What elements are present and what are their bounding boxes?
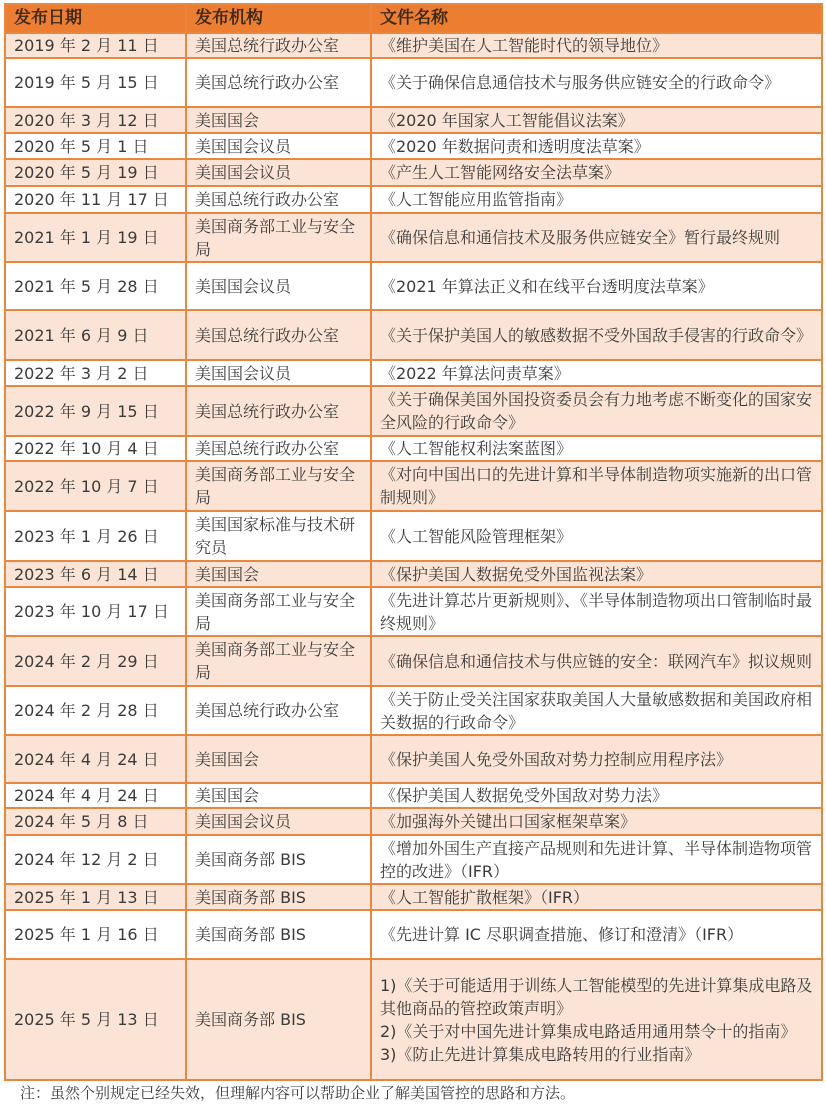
cell-org: 美国国家标准与技术研究员 xyxy=(186,511,371,561)
cell-date: 2022 年 3 月 2 日 xyxy=(5,360,186,386)
title-line: 《关于确保信息通信技术与服务供应链安全的行政命令》 xyxy=(380,71,813,94)
table-row: 2025 年 1 月 13 日美国商务部 BIS《人工智能扩散框架》（IFR） xyxy=(5,884,822,910)
table-row: 2025 年 5 月 13 日美国商务部 BIS1)《关于可能适用于训练人工智能… xyxy=(5,959,822,1080)
cell-date: 2019 年 5 月 15 日 xyxy=(5,58,186,107)
title-line: 《2020 年国家人工智能倡议法案》 xyxy=(380,109,813,132)
title-line: 《关于保护美国人的敏感数据不受外国敌手侵害的行政命令》 xyxy=(380,324,813,347)
table-row: 2023 年 1 月 26 日美国国家标准与技术研究员《人工智能风险管理框架》 xyxy=(5,511,822,561)
cell-org: 美国商务部工业与安全局 xyxy=(186,636,371,686)
cell-title: 1)《关于可能适用于训练人工智能模型的先进计算集成电路及其他商品的管控政策声明》… xyxy=(371,959,822,1080)
title-line: 《保护美国人数据免受外国监视法案》 xyxy=(380,563,813,586)
title-line: 1)《关于可能适用于训练人工智能模型的先进计算集成电路及其他商品的管控政策声明》 xyxy=(380,974,813,1020)
cell-org: 美国国会 xyxy=(186,107,371,133)
cell-date: 2025 年 1 月 16 日 xyxy=(5,910,186,959)
table-row: 2019 年 5 月 15 日美国总统行政办公室《关于确保信息通信技术与服务供应… xyxy=(5,58,822,107)
table-row: 2021 年 1 月 19 日美国商务部工业与安全局《确保信息和通信技术及服务供… xyxy=(5,213,822,262)
title-line: 3)《防止先进计算集成电路转用的行业指南》 xyxy=(380,1043,813,1066)
header-org: 发布机构 xyxy=(186,4,371,33)
cell-date: 2024 年 2 月 29 日 xyxy=(5,636,186,686)
cell-title: 《2020 年数据问责和透明度法草案》 xyxy=(371,133,822,159)
cell-date: 2025 年 5 月 13 日 xyxy=(5,959,186,1080)
cell-title: 《人工智能风险管理框架》 xyxy=(371,511,822,561)
cell-date: 2025 年 1 月 13 日 xyxy=(5,884,186,910)
cell-org: 美国总统行政办公室 xyxy=(186,186,371,213)
regulations-table: 发布日期 发布机构 文件名称 2019 年 2 月 11 日美国总统行政办公室《… xyxy=(4,3,823,1081)
cell-org: 美国国会议员 xyxy=(186,159,371,186)
cell-title: 《先进计算芯片更新规则》、《半导体制造物项出口管制临时最终规则》 xyxy=(371,587,822,636)
cell-date: 2021 年 6 月 9 日 xyxy=(5,310,186,360)
cell-date: 2020 年 3 月 12 日 xyxy=(5,107,186,133)
table-row: 2020 年 5 月 1 日美国国会议员《2020 年数据问责和透明度法草案》 xyxy=(5,133,822,159)
cell-title: 《2021 年算法正义和在线平台透明度法草案》 xyxy=(371,262,822,310)
title-line: 《人工智能风险管理框架》 xyxy=(380,525,813,548)
table-row: 2024 年 4 月 24 日美国国会《保护美国人免受外国敌对势力控制应用程序法… xyxy=(5,735,822,783)
cell-title: 《先进计算 IC 尽职调查措施、修订和澄清》（IFR） xyxy=(371,910,822,959)
cell-title: 《确保信息和通信技术与供应链的安全：联网汽车》拟议规则 xyxy=(371,636,822,686)
cell-org: 美国总统行政办公室 xyxy=(186,386,371,436)
title-line: 《确保信息和通信技术及服务供应链安全》暂行最终规则 xyxy=(380,226,813,249)
title-line: 2)《关于对中国先进计算集成电路适用通用禁令十的指南》 xyxy=(380,1020,813,1043)
cell-title: 《保护美国人免受外国敌对势力控制应用程序法》 xyxy=(371,735,822,783)
title-line: 《产生人工智能网络安全法草案》 xyxy=(380,161,813,184)
cell-org: 美国国会议员 xyxy=(186,262,371,310)
footnote: 注：虽然个别规定已经失效，但理解内容可以帮助企业了解美国管控的思路和方法。 xyxy=(20,1082,575,1104)
cell-date: 2022 年 10 月 7 日 xyxy=(5,461,186,511)
cell-date: 2021 年 5 月 28 日 xyxy=(5,262,186,310)
title-line: 《人工智能应用监管指南》 xyxy=(380,188,813,211)
cell-title: 《保护美国人数据免受外国敌对势力法》 xyxy=(371,783,822,808)
cell-date: 2023 年 1 月 26 日 xyxy=(5,511,186,561)
cell-org: 美国商务部工业与安全局 xyxy=(186,461,371,511)
cell-title: 《增加外国生产直接产品规则和先进计算、半导体制造物项管控的改进》（IFR） xyxy=(371,835,822,884)
header-date: 发布日期 xyxy=(5,4,186,33)
table-row: 2022 年 10 月 4 日美国总统行政办公室《人工智能权利法案蓝图》 xyxy=(5,436,822,461)
cell-org: 美国商务部工业与安全局 xyxy=(186,213,371,262)
title-line: 《2021 年算法正义和在线平台透明度法草案》 xyxy=(380,275,813,298)
cell-title: 《加强海外关键出口国家框架草案》 xyxy=(371,808,822,835)
title-line: 《2022 年算法问责草案》 xyxy=(380,362,813,385)
cell-org: 美国总统行政办公室 xyxy=(186,436,371,461)
cell-org: 美国商务部 BIS xyxy=(186,959,371,1080)
table-row: 2020 年 3 月 12 日美国国会《2020 年国家人工智能倡议法案》 xyxy=(5,107,822,133)
table-row: 2022 年 9 月 15 日美国总统行政办公室《关于确保美国外国投资委员会有力… xyxy=(5,386,822,436)
table-row: 2023 年 10 月 17 日美国商务部工业与安全局《先进计算芯片更新规则》、… xyxy=(5,587,822,636)
table-row: 2024 年 5 月 8 日美国国会议员《加强海外关键出口国家框架草案》 xyxy=(5,808,822,835)
cell-date: 2023 年 6 月 14 日 xyxy=(5,561,186,587)
title-line: 《加强海外关键出口国家框架草案》 xyxy=(380,810,813,833)
table-row: 2021 年 6 月 9 日美国总统行政办公室《关于保护美国人的敏感数据不受外国… xyxy=(5,310,822,360)
cell-org: 美国总统行政办公室 xyxy=(186,58,371,107)
cell-org: 美国国会 xyxy=(186,561,371,587)
cell-date: 2021 年 1 月 19 日 xyxy=(5,213,186,262)
table-row: 2022 年 10 月 7 日美国商务部工业与安全局《对向中国出口的先进计算和半… xyxy=(5,461,822,511)
title-line: 《增加外国生产直接产品规则和先进计算、半导体制造物项管控的改进》（IFR） xyxy=(380,837,813,883)
table-row: 2024 年 4 月 24 日美国国会《保护美国人数据免受外国敌对势力法》 xyxy=(5,783,822,808)
cell-org: 美国国会议员 xyxy=(186,360,371,386)
cell-title: 《关于防止受关注国家获取美国人大量敏感数据和美国政府相关数据的行政命令》 xyxy=(371,686,822,735)
cell-title: 《关于确保信息通信技术与服务供应链安全的行政命令》 xyxy=(371,58,822,107)
cell-date: 2024 年 4 月 24 日 xyxy=(5,735,186,783)
title-line: 《关于确保美国外国投资委员会有力地考虑不断变化的国家安全风险的行政命令》 xyxy=(380,388,813,434)
cell-org: 美国国会 xyxy=(186,735,371,783)
title-line: 《保护美国人数据免受外国敌对势力法》 xyxy=(380,784,813,807)
table-row: 2020 年 11 月 17 日美国总统行政办公室《人工智能应用监管指南》 xyxy=(5,186,822,213)
cell-title: 《关于保护美国人的敏感数据不受外国敌手侵害的行政命令》 xyxy=(371,310,822,360)
table-row: 2024 年 2 月 28 日美国总统行政办公室《关于防止受关注国家获取美国人大… xyxy=(5,686,822,735)
cell-org: 美国商务部工业与安全局 xyxy=(186,587,371,636)
cell-title: 《人工智能应用监管指南》 xyxy=(371,186,822,213)
table-header-row: 发布日期 发布机构 文件名称 xyxy=(5,4,822,33)
cell-title: 《2020 年国家人工智能倡议法案》 xyxy=(371,107,822,133)
cell-date: 2022 年 10 月 4 日 xyxy=(5,436,186,461)
cell-title: 《关于确保美国外国投资委员会有力地考虑不断变化的国家安全风险的行政命令》 xyxy=(371,386,822,436)
cell-date: 2024 年 5 月 8 日 xyxy=(5,808,186,835)
title-line: 《关于防止受关注国家获取美国人大量敏感数据和美国政府相关数据的行政命令》 xyxy=(380,688,813,734)
cell-org: 美国商务部 BIS xyxy=(186,835,371,884)
title-line: 《人工智能权利法案蓝图》 xyxy=(380,437,813,460)
cell-date: 2024 年 2 月 28 日 xyxy=(5,686,186,735)
cell-date: 2019 年 2 月 11 日 xyxy=(5,33,186,58)
cell-date: 2020 年 5 月 1 日 xyxy=(5,133,186,159)
cell-title: 《确保信息和通信技术及服务供应链安全》暂行最终规则 xyxy=(371,213,822,262)
header-title: 文件名称 xyxy=(371,4,822,33)
cell-title: 《2022 年算法问责草案》 xyxy=(371,360,822,386)
cell-date: 2023 年 10 月 17 日 xyxy=(5,587,186,636)
cell-title: 《人工智能权利法案蓝图》 xyxy=(371,436,822,461)
cell-title: 《对向中国出口的先进计算和半导体制造物项实施新的出口管制规则》 xyxy=(371,461,822,511)
title-line: 《保护美国人免受外国敌对势力控制应用程序法》 xyxy=(380,748,813,771)
cell-org: 美国总统行政办公室 xyxy=(186,686,371,735)
table-row: 2024 年 2 月 29 日美国商务部工业与安全局《确保信息和通信技术与供应链… xyxy=(5,636,822,686)
cell-org: 美国总统行政办公室 xyxy=(186,33,371,58)
cell-org: 美国总统行政办公室 xyxy=(186,310,371,360)
table-row: 2022 年 3 月 2 日美国国会议员《2022 年算法问责草案》 xyxy=(5,360,822,386)
title-line: 《2020 年数据问责和透明度法草案》 xyxy=(380,135,813,158)
table-row: 2025 年 1 月 16 日美国商务部 BIS《先进计算 IC 尽职调查措施、… xyxy=(5,910,822,959)
title-line: 《先进计算 IC 尽职调查措施、修订和澄清》（IFR） xyxy=(380,923,813,946)
cell-title: 《保护美国人数据免受外国监视法案》 xyxy=(371,561,822,587)
table-row: 2021 年 5 月 28 日美国国会议员《2021 年算法正义和在线平台透明度… xyxy=(5,262,822,310)
cell-org: 美国国会议员 xyxy=(186,133,371,159)
title-line: 《维护美国在人工智能时代的领导地位》 xyxy=(380,34,813,57)
cell-date: 2022 年 9 月 15 日 xyxy=(5,386,186,436)
cell-date: 2024 年 12 月 2 日 xyxy=(5,835,186,884)
cell-title: 《产生人工智能网络安全法草案》 xyxy=(371,159,822,186)
title-line: 《确保信息和通信技术与供应链的安全：联网汽车》拟议规则 xyxy=(380,650,813,673)
regulations-table-container: 发布日期 发布机构 文件名称 2019 年 2 月 11 日美国总统行政办公室《… xyxy=(4,3,821,1081)
table-row: 2019 年 2 月 11 日美国总统行政办公室《维护美国在人工智能时代的领导地… xyxy=(5,33,822,58)
cell-org: 美国商务部 BIS xyxy=(186,910,371,959)
cell-date: 2020 年 5 月 19 日 xyxy=(5,159,186,186)
title-line: 《人工智能扩散框架》（IFR） xyxy=(380,886,813,909)
table-body: 2019 年 2 月 11 日美国总统行政办公室《维护美国在人工智能时代的领导地… xyxy=(5,33,822,1080)
cell-org: 美国商务部 BIS xyxy=(186,884,371,910)
table-row: 2024 年 12 月 2 日美国商务部 BIS《增加外国生产直接产品规则和先进… xyxy=(5,835,822,884)
cell-title: 《人工智能扩散框架》（IFR） xyxy=(371,884,822,910)
title-line: 《对向中国出口的先进计算和半导体制造物项实施新的出口管制规则》 xyxy=(380,463,813,509)
cell-date: 2020 年 11 月 17 日 xyxy=(5,186,186,213)
cell-title: 《维护美国在人工智能时代的领导地位》 xyxy=(371,33,822,58)
cell-org: 美国国会 xyxy=(186,783,371,808)
title-line: 《先进计算芯片更新规则》、《半导体制造物项出口管制临时最终规则》 xyxy=(380,589,813,635)
cell-date: 2024 年 4 月 24 日 xyxy=(5,783,186,808)
table-row: 2020 年 5 月 19 日美国国会议员《产生人工智能网络安全法草案》 xyxy=(5,159,822,186)
table-row: 2023 年 6 月 14 日美国国会《保护美国人数据免受外国监视法案》 xyxy=(5,561,822,587)
cell-org: 美国国会议员 xyxy=(186,808,371,835)
